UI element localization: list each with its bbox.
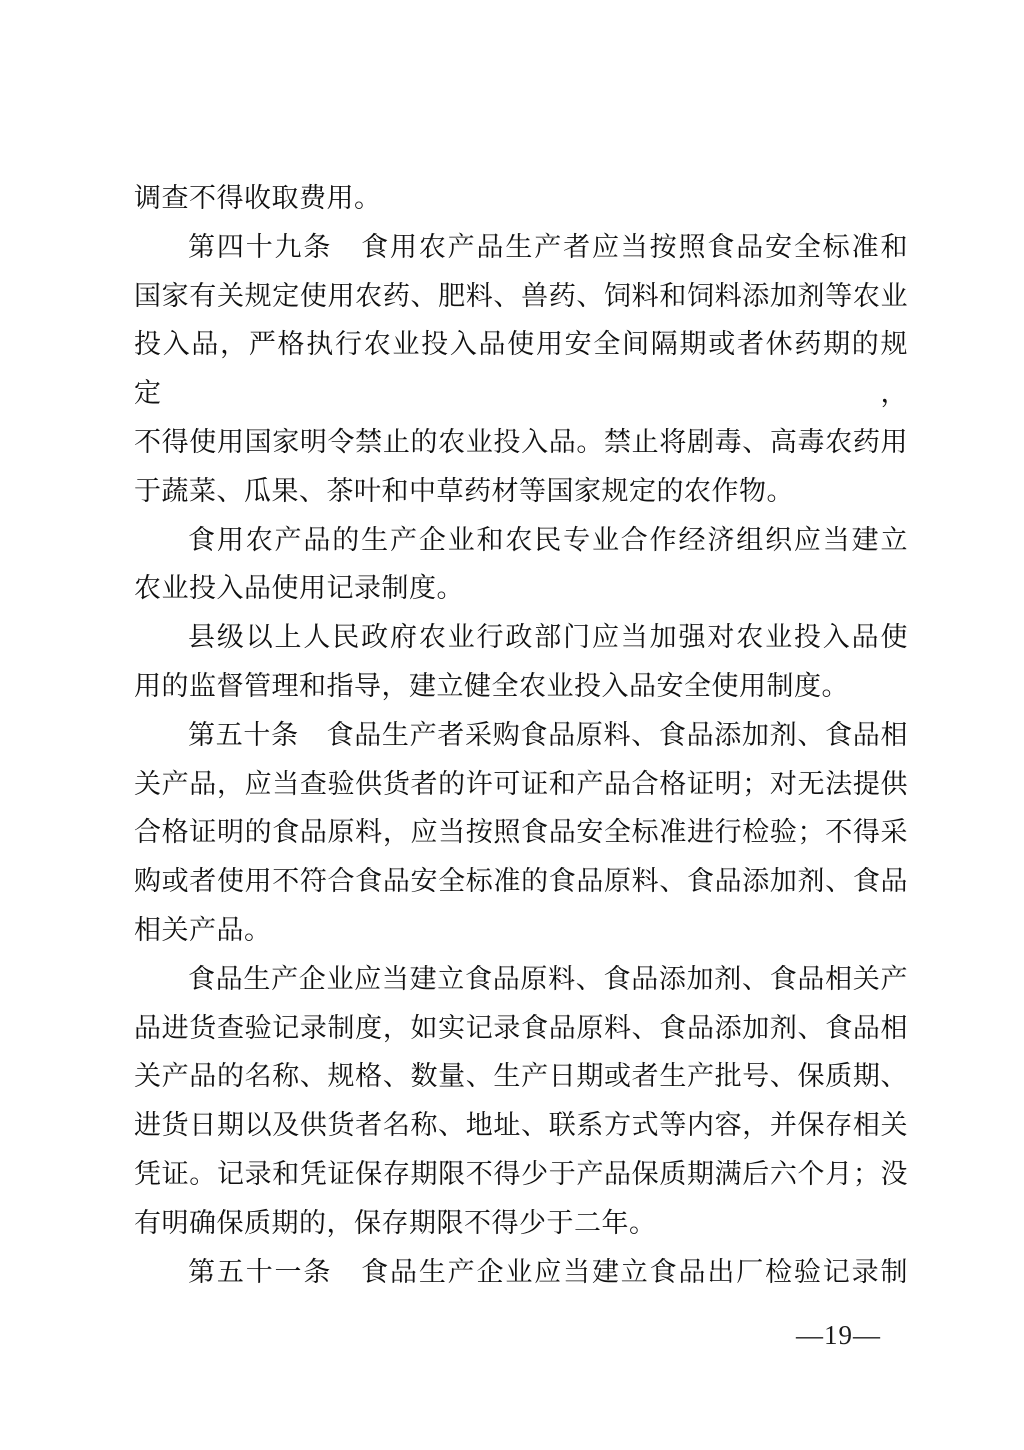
- paragraph: 第五十一条 食品生产企业应当建立食品出厂检验记录制: [134, 1248, 908, 1297]
- text-line: 县级以上人民政府农业行政部门应当加强对农业投入品使: [134, 613, 908, 662]
- page-number: —19—: [796, 1320, 881, 1351]
- document-page: 调查不得收取费用。第四十九条 食用农产品生产者应当按照食品安全标准和国家有关规定…: [0, 0, 1024, 1450]
- paragraph: 调查不得收取费用。: [134, 174, 908, 223]
- text-line: 有明确保质期的，保存期限不得少于二年。: [134, 1199, 908, 1248]
- text-line: 食用农产品的生产企业和农民专业合作经济组织应当建立: [134, 516, 908, 565]
- text-line: 第五十条 食品生产者采购食品原料、食品添加剂、食品相: [134, 711, 908, 760]
- text-line: 农业投入品使用记录制度。: [134, 564, 908, 613]
- paragraph: 县级以上人民政府农业行政部门应当加强对农业投入品使用的监督管理和指导，建立健全农…: [134, 613, 908, 711]
- text-line: 投入品，严格执行农业投入品使用安全间隔期或者休药期的规定，: [134, 320, 908, 418]
- text-line: 国家有关规定使用农药、肥料、兽药、饲料和饲料添加剂等农业: [134, 272, 908, 321]
- text-line: 不得使用国家明令禁止的农业投入品。禁止将剧毒、高毒农药用: [134, 418, 908, 467]
- paragraph: 第五十条 食品生产者采购食品原料、食品添加剂、食品相关产品，应当查验供货者的许可…: [134, 711, 908, 955]
- text-line: 品进货查验记录制度，如实记录食品原料、食品添加剂、食品相: [134, 1004, 908, 1053]
- text-line: 关产品的名称、规格、数量、生产日期或者生产批号、保质期、: [134, 1052, 908, 1101]
- text-line: 食品生产企业应当建立食品原料、食品添加剂、食品相关产: [134, 955, 908, 1004]
- text-line: 于蔬菜、瓜果、茶叶和中草药材等国家规定的农作物。: [134, 467, 908, 516]
- text-line: 调查不得收取费用。: [134, 174, 908, 223]
- text-line: 第五十一条 食品生产企业应当建立食品出厂检验记录制: [134, 1248, 908, 1297]
- paragraph: 第四十九条 食用农产品生产者应当按照食品安全标准和国家有关规定使用农药、肥料、兽…: [134, 223, 908, 516]
- text-line: 第四十九条 食用农产品生产者应当按照食品安全标准和: [134, 223, 908, 272]
- text-line: 用的监督管理和指导，建立健全农业投入品安全使用制度。: [134, 662, 908, 711]
- text-line: 关产品，应当查验供货者的许可证和产品合格证明；对无法提供: [134, 760, 908, 809]
- text-line: 进货日期以及供货者名称、地址、联系方式等内容，并保存相关: [134, 1101, 908, 1150]
- paragraph: 食用农产品的生产企业和农民专业合作经济组织应当建立农业投入品使用记录制度。: [134, 516, 908, 614]
- document-body: 调查不得收取费用。第四十九条 食用农产品生产者应当按照食品安全标准和国家有关规定…: [134, 174, 908, 1296]
- text-line: 相关产品。: [134, 906, 908, 955]
- text-line: 凭证。记录和凭证保存期限不得少于产品保质期满后六个月；没: [134, 1150, 908, 1199]
- text-line: 合格证明的食品原料，应当按照食品安全标准进行检验；不得采: [134, 808, 908, 857]
- paragraph: 食品生产企业应当建立食品原料、食品添加剂、食品相关产品进货查验记录制度，如实记录…: [134, 955, 908, 1248]
- text-line: 购或者使用不符合食品安全标准的食品原料、食品添加剂、食品: [134, 857, 908, 906]
